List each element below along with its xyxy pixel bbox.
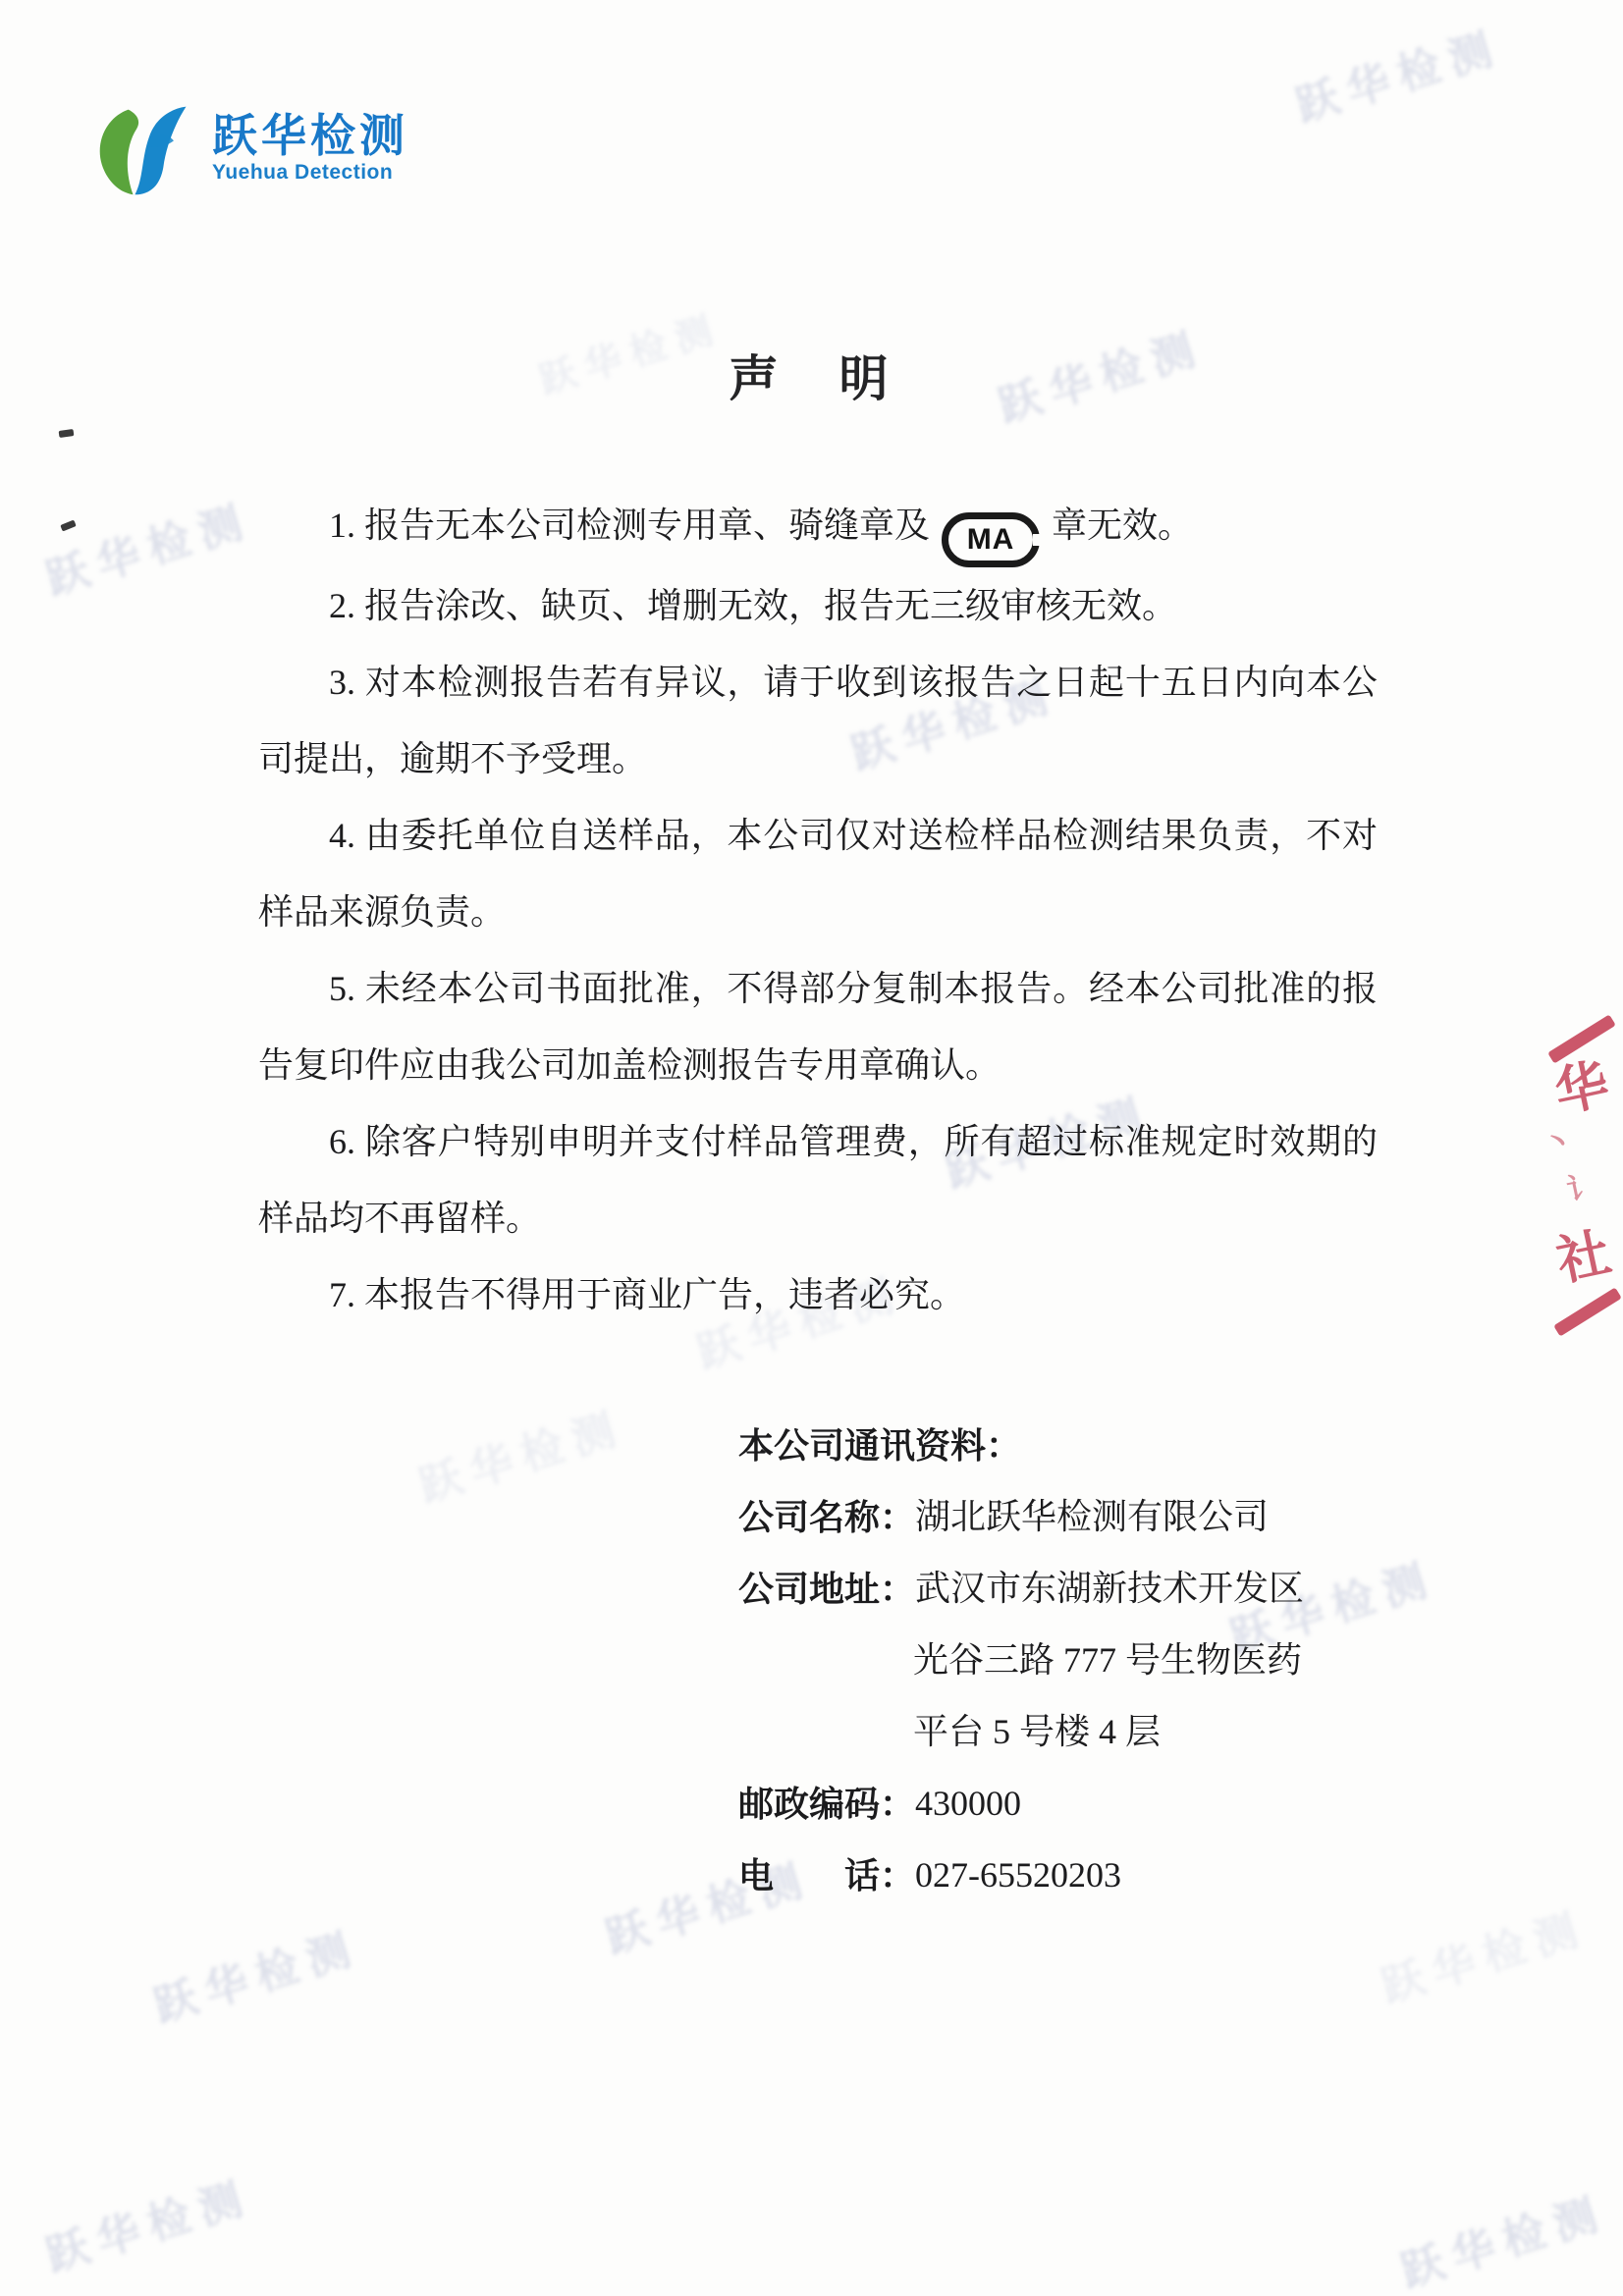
contact-row-address-line-2: 光谷三路 777 号生物医药	[738, 1625, 1304, 1696]
contact-row-company-name: 公司名称： 湖北跃华检测有限公司	[738, 1481, 1304, 1553]
red-seal-fragment: 华	[1550, 1057, 1613, 1120]
statement-item-1: 1. 报告无本公司检测专用章、骑缝章及MA章无效。	[258, 487, 1378, 567]
scan-mark	[60, 519, 77, 531]
watermark-text: 跃华检测	[148, 1923, 365, 2031]
watermark-text: 跃华检测	[40, 2172, 257, 2280]
contact-label: 公司名称：	[738, 1481, 915, 1553]
statement-item-5: 5. 未经本公司书面批准，不得部分复制本报告。经本公司批准的报告复印件应由我公司…	[258, 950, 1378, 1103]
logo-brand-cn: 跃华检测	[212, 112, 408, 159]
contact-value: 430000	[915, 1768, 1021, 1840]
watermark: 跃华检测	[409, 1392, 630, 1514]
watermark: 跃华检测	[1372, 1893, 1593, 2014]
contact-label	[738, 1625, 913, 1696]
contact-label: 邮政编码：	[738, 1768, 915, 1840]
contact-label	[738, 1696, 913, 1768]
statement-1-text-before: 1. 报告无本公司检测专用章、骑缝章及	[329, 506, 930, 545]
statement-item-4: 4. 由委托单位自送样品，本公司仅对送检样品检测结果负责，不对样品来源负责。	[258, 797, 1378, 950]
red-seal-stroke	[1547, 1014, 1616, 1063]
contact-value: 光谷三路 777 号生物医药	[913, 1625, 1302, 1696]
logo-text: 跃华检测 Yuehua Detection	[212, 104, 408, 185]
red-seal: 华 丶 讠 社	[1534, 1019, 1623, 1325]
company-logo: 跃华检测 Yuehua Detection	[94, 104, 408, 196]
contact-info-block: 本公司通讯资料： 公司名称： 湖北跃华检测有限公司 公司地址： 武汉市东湖新技术…	[738, 1410, 1304, 1911]
contact-label: 公司地址：	[738, 1553, 915, 1625]
contact-value: 武汉市东湖新技术开发区	[915, 1553, 1304, 1625]
contact-value: 平台 5 号楼 4 层	[913, 1696, 1161, 1768]
red-seal-fragment: 丶	[1541, 1126, 1576, 1161]
watermark: 跃华检测	[36, 2162, 257, 2283]
page-title: 声 明	[0, 340, 1623, 410]
cma-certification-mark-icon: MA	[942, 512, 1040, 567]
red-seal-fragment: 社	[1552, 1226, 1615, 1289]
contact-value: 027-65520203	[915, 1840, 1121, 1911]
statement-1-text-after: 章无效。	[1052, 506, 1193, 545]
scan-mark	[59, 429, 75, 438]
contact-row-company-address: 公司地址： 武汉市东湖新技术开发区	[738, 1553, 1304, 1625]
watermark: 跃华检测	[1391, 2177, 1612, 2296]
contact-row-phone: 电 话： 027-65520203	[738, 1840, 1304, 1911]
watermark-text: 跃华检测	[1290, 23, 1507, 131]
watermark: 跃华检测	[1286, 12, 1507, 133]
watermark: 跃华检测	[144, 1912, 365, 2034]
watermark-text: 跃华检测	[40, 496, 257, 604]
watermark-text: 跃华检测	[1395, 2188, 1612, 2296]
statement-item-7: 7. 本报告不得用于商业广告，违者必究。	[258, 1256, 1378, 1333]
contact-value: 湖北跃华检测有限公司	[915, 1481, 1269, 1553]
watermark: 跃华检测	[36, 485, 257, 607]
red-seal-fragment: 讠	[1564, 1171, 1599, 1206]
red-seal-stroke	[1553, 1287, 1622, 1336]
yuehua-leaf-logo-icon	[94, 104, 198, 196]
contact-row-postal-code: 邮政编码： 430000	[738, 1768, 1304, 1840]
watermark-text: 跃华检测	[1376, 1903, 1593, 2011]
statement-item-3: 3. 对本检测报告若有异议，请于收到该报告之日起十五日内向本公司提出，逾期不予受…	[258, 644, 1378, 797]
contact-row-address-line-3: 平台 5 号楼 4 层	[738, 1696, 1304, 1768]
scanned-document-page: 跃华检测 跃华检测 跃华检测 跃华检测 跃华检测 跃华检测 跃华检测 跃华检测 …	[0, 0, 1623, 2296]
statement-item-2: 2. 报告涂改、缺页、增删无效，报告无三级审核无效。	[258, 567, 1378, 644]
statement-list: 1. 报告无本公司检测专用章、骑缝章及MA章无效。 2. 报告涂改、缺页、增删无…	[258, 487, 1378, 1333]
watermark-text: 跃华检测	[413, 1403, 630, 1511]
logo-brand-en: Yuehua Detection	[212, 161, 408, 185]
statement-item-6: 6. 除客户特别申明并支付样品管理费，所有超过标准规定时效期的样品均不再留样。	[258, 1103, 1378, 1256]
contact-heading: 本公司通讯资料：	[738, 1410, 1304, 1481]
contact-label: 电 话：	[738, 1840, 915, 1911]
